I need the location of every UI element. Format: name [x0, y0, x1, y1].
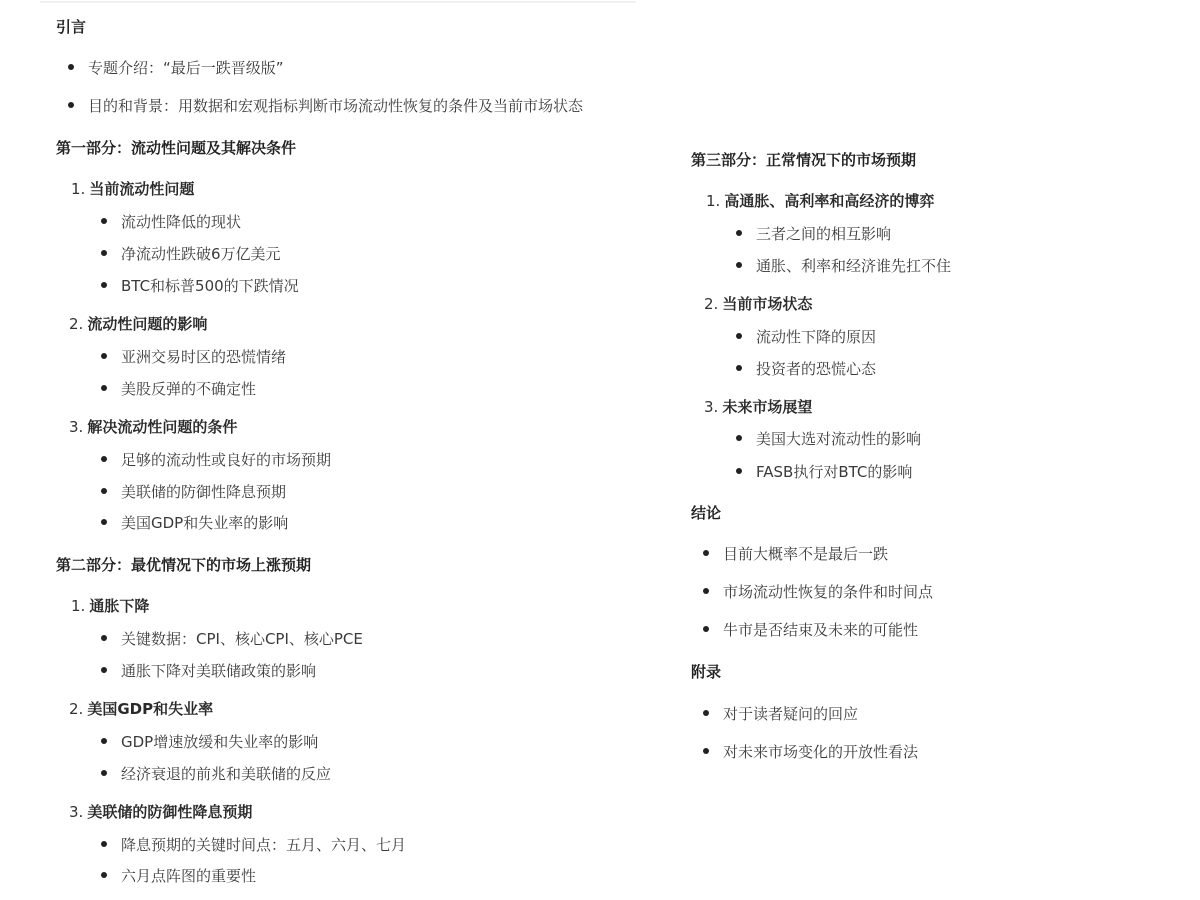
heading-intro: 引言: [56, 17, 86, 37]
list-item: 目的和背景：用数据和宏观指标判断市场流动性恢复的条件及当前市场状态: [68, 96, 583, 116]
bullet-icon: [101, 218, 107, 224]
list-item: 牛市是否结束及未来的可能性: [703, 620, 918, 640]
list-item: 美国GDP和失业率的影响: [101, 513, 288, 533]
heading-part1: 第一部分：流动性问题及其解决条件: [56, 138, 296, 158]
bullet-icon: [101, 282, 107, 288]
bullet-icon: [703, 588, 709, 594]
bullet-icon: [101, 770, 107, 776]
list-item: 净流动性跌破6万亿美元: [101, 244, 281, 264]
bullet-icon: [101, 872, 107, 878]
top-divider: [40, 1, 636, 3]
list-item: 流动性下降的原因: [736, 327, 876, 347]
bullet-icon: [101, 635, 107, 641]
bullet-icon: [101, 488, 107, 494]
list-item: 关键数据：CPI、核心CPI、核心PCE: [101, 629, 363, 649]
list-item: 亚洲交易时区的恐慌情绪: [101, 347, 286, 367]
list-item: 对于读者疑问的回应: [703, 704, 858, 724]
list-item: 降息预期的关键时间点：五月、六月、七月: [101, 835, 406, 855]
list-item: 目前大概率不是最后一跌: [703, 544, 888, 564]
bullet-icon: [101, 519, 107, 525]
heading-part2: 第二部分：最优情况下的市场上涨预期: [56, 555, 311, 575]
list-item: 足够的流动性或良好的市场预期: [101, 450, 331, 470]
bullet-icon: [101, 841, 107, 847]
numbered-section-title: 2.美国GDP和失业率: [69, 699, 213, 719]
numbered-section-title: 2.当前市场状态: [704, 294, 812, 314]
numbered-section-title: 1.当前流动性问题: [71, 179, 194, 199]
list-item: 对未来市场变化的开放性看法: [703, 742, 918, 762]
list-item: GDP增速放缓和失业率的影响: [101, 732, 318, 752]
bullet-icon: [703, 626, 709, 632]
bullet-icon: [101, 250, 107, 256]
bullet-icon: [736, 230, 742, 236]
numbered-section-title: 2.流动性问题的影响: [69, 314, 207, 334]
numbered-section-title: 3.美联储的防御性降息预期: [69, 802, 252, 822]
list-item: 美股反弹的不确定性: [101, 379, 256, 399]
bullet-icon: [101, 353, 107, 359]
bullet-icon: [101, 456, 107, 462]
list-item: FASB执行对BTC的影响: [736, 462, 912, 482]
heading-conclusion: 结论: [691, 503, 721, 523]
bullet-icon: [736, 262, 742, 268]
list-item: 美联储的防御性降息预期: [101, 482, 286, 502]
list-item: 通胀下降对美联储政策的影响: [101, 661, 316, 681]
bullet-icon: [68, 102, 74, 108]
numbered-section-title: 1.通胀下降: [71, 596, 149, 616]
list-item: 美国大选对流动性的影响: [736, 429, 921, 449]
list-item: BTC和标普500的下跌情况: [101, 276, 299, 296]
bullet-icon: [68, 64, 74, 70]
bullet-icon: [703, 748, 709, 754]
bullet-icon: [736, 468, 742, 474]
numbered-section-title: 3.解决流动性问题的条件: [69, 417, 237, 437]
list-item: 投资者的恐慌心态: [736, 359, 876, 379]
bullet-icon: [703, 550, 709, 556]
heading-part3: 第三部分：正常情况下的市场预期: [691, 150, 916, 170]
heading-appendix: 附录: [691, 662, 721, 682]
bullet-icon: [101, 738, 107, 744]
list-item: 经济衰退的前兆和美联储的反应: [101, 764, 331, 784]
list-item: 专题介绍：“最后一跌晋级版”: [68, 58, 284, 78]
list-item: 三者之间的相互影响: [736, 224, 891, 244]
numbered-section-title: 1.高通胀、高利率和高经济的博弈: [706, 191, 934, 211]
list-item: 六月点阵图的重要性: [101, 866, 256, 886]
list-item: 流动性降低的现状: [101, 212, 241, 232]
list-item: 市场流动性恢复的条件和时间点: [703, 582, 933, 602]
bullet-icon: [703, 710, 709, 716]
bullet-icon: [736, 365, 742, 371]
bullet-icon: [736, 333, 742, 339]
bullet-icon: [101, 385, 107, 391]
bullet-icon: [736, 435, 742, 441]
numbered-section-title: 3.未来市场展望: [704, 397, 812, 417]
bullet-icon: [101, 667, 107, 673]
list-item: 通胀、利率和经济谁先扛不住: [736, 256, 951, 276]
